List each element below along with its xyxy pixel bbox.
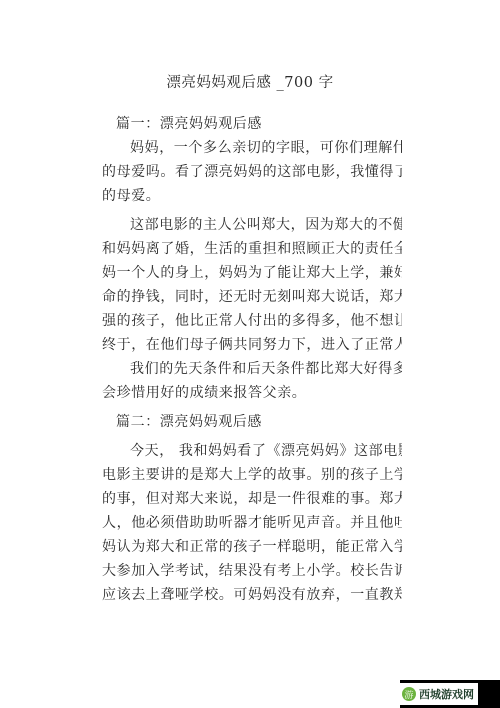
paragraph-line: 和妈妈离了婚，生活的重担和照顾正大的责任全部落在了妈 <box>102 237 402 261</box>
paragraph-line: 强的孩子，他比正常人付出的多得多，他不想让妈妈失望。 <box>102 309 402 333</box>
site-watermark: 游 西城游戏网 <box>400 680 500 708</box>
paragraph-line: 应该去上聋哑学校。可妈妈没有放弃，一直教郑大说话。在 <box>102 583 402 607</box>
paragraph-line: 终于，在他们母子俩共同努力下，进入了正常人的学校。 <box>102 333 402 357</box>
paragraph-line: 命的挣钱，同时，还无时无刻叫郑大说话，郑大也是一个坚 <box>102 285 402 309</box>
paragraph-line: 今天， 我和妈妈看了《漂亮妈妈》这部电影。这部 <box>102 439 402 463</box>
section-heading: 篇一：漂亮妈妈观后感 <box>102 112 402 136</box>
paragraph-line: 电影主要讲的是郑大上学的故事。别的孩子上学是一件简单 <box>102 463 402 487</box>
paragraph-line: 妈认为郑大和正常的孩子一样聪明，能正常入学。妈妈带郑 <box>102 535 402 559</box>
paragraph-line: 妈一个人的身上，妈妈为了能让郑大上学，兼好几样工作拼 <box>102 261 402 285</box>
document-title: 漂亮妈妈观后感 _700 字 <box>0 71 500 92</box>
paragraph-line: 这部电影的主人公叫郑大，因为郑大的不健全，爸爸 <box>102 213 402 237</box>
paragraph-line: 会珍惜用好的成绩来报答父亲。 <box>102 381 402 405</box>
paragraph-line: 大参加入学考试，结果没有考上小学。校长告诉妈妈：郑大 <box>102 559 402 583</box>
document-body: 篇一：漂亮妈妈观后感 妈妈，一个多么亲切的字眼，可你们理解什么是真正 的母爱吗。… <box>102 112 402 607</box>
paragraph-line: 的母爱。 <box>102 184 402 208</box>
paragraph-line: 的事，但对郑大来说，却是一件很难的事。郑大是一个聋哑 <box>102 487 402 511</box>
site-logo-icon: 游 <box>402 687 416 701</box>
paragraph-line: 我们的先天条件和后天条件都比郑大好得多，我一定 <box>102 357 402 381</box>
paragraph-line: 的母爱吗。看了漂亮妈妈的这部电影，我懂得了什么是真正 <box>102 160 402 184</box>
paragraph-line: 人，他必须借助助听器才能听见声音。并且他吐字不清。妈 <box>102 511 402 535</box>
watermark-text: 西城游戏网 <box>419 686 474 702</box>
watermark-badge: 游 西城游戏网 <box>400 683 478 705</box>
paragraph-line: 妈妈，一个多么亲切的字眼，可你们理解什么是真正 <box>102 136 402 160</box>
section-heading: 篇二：漂亮妈妈观后感 <box>102 410 402 434</box>
